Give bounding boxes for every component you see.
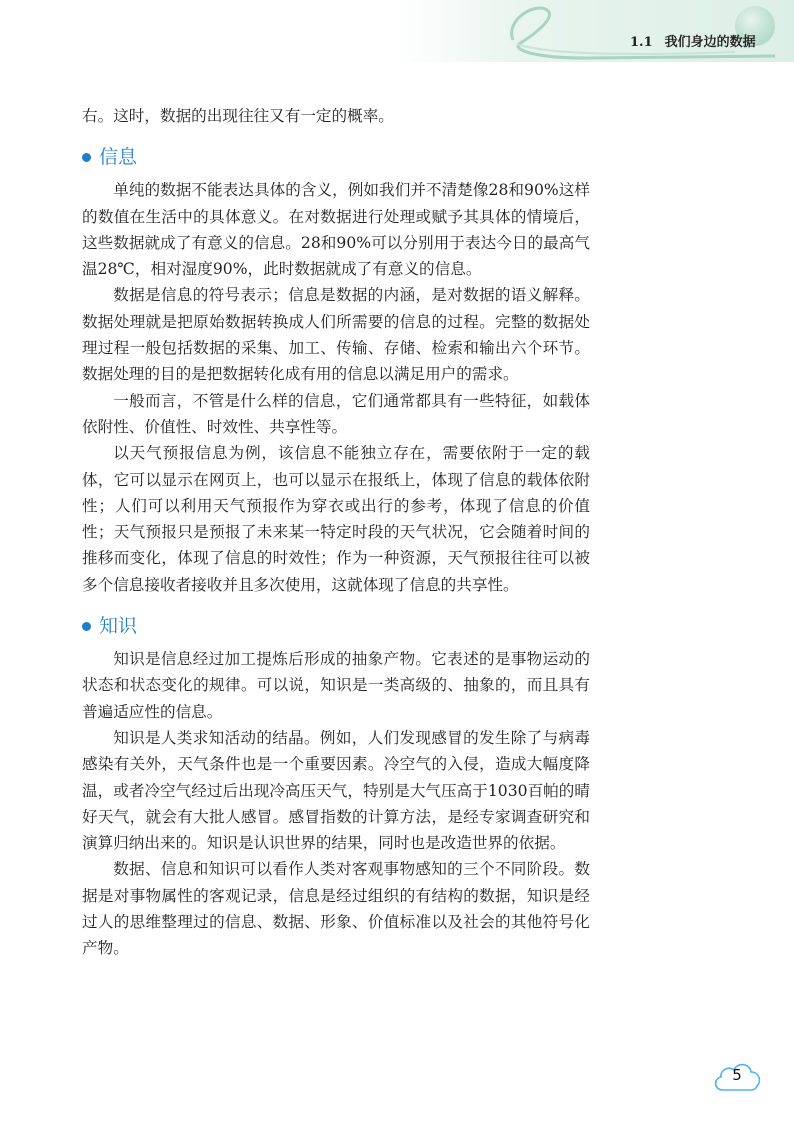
section-number: 1.1 — [630, 35, 653, 50]
paragraph: 知识是人类求知活动的结晶。例如，人们发现感冒的发生除了与病毒感染有关外，天气条件… — [82, 725, 590, 856]
paragraph: 知识是信息经过加工提炼后形成的抽象产物。它表述的是事物运动的状态和状态变化的规律… — [82, 646, 590, 725]
section-title: 我们身边的数据 — [665, 35, 756, 50]
paragraph: 数据是信息的符号表示；信息是数据的内涵，是对数据的语义解释。数据处理就是把原始数… — [82, 282, 590, 387]
page-body: 右。这时，数据的出现往往又有一定的概率。 信息 单纯的数据不能表达具体的含义，例… — [82, 103, 590, 962]
section-heading-text: 知识 — [99, 612, 137, 640]
bullet-dot-icon — [82, 622, 91, 631]
bullet-dot-icon — [82, 153, 91, 162]
paragraph: 数据、信息和知识可以看作人类对客观事物感知的三个不同阶段。数据是对事物属性的客观… — [82, 856, 590, 961]
paragraph: 单纯的数据不能表达具体的含义，例如我们并不清楚像28和90%这样的数值在生活中的… — [82, 177, 590, 282]
page-number: 5 — [711, 1066, 763, 1084]
paragraph: 一般而言，不管是什么样的信息，它们通常都具有一些特征，如载体依附性、价值性、时效… — [82, 388, 590, 441]
intro-tail-paragraph: 右。这时，数据的出现往往又有一定的概率。 — [82, 103, 590, 129]
section-heading-text: 信息 — [99, 143, 137, 171]
section-heading-knowledge: 知识 — [82, 612, 590, 640]
section-heading-information: 信息 — [82, 143, 590, 171]
page-number-badge: 5 — [711, 1058, 763, 1094]
running-head: 1.1我们身边的数据 — [630, 31, 756, 50]
paragraph: 以天气预报信息为例，该信息不能独立存在，需要依附于一定的载体，它可以显示在网页上… — [82, 440, 590, 598]
